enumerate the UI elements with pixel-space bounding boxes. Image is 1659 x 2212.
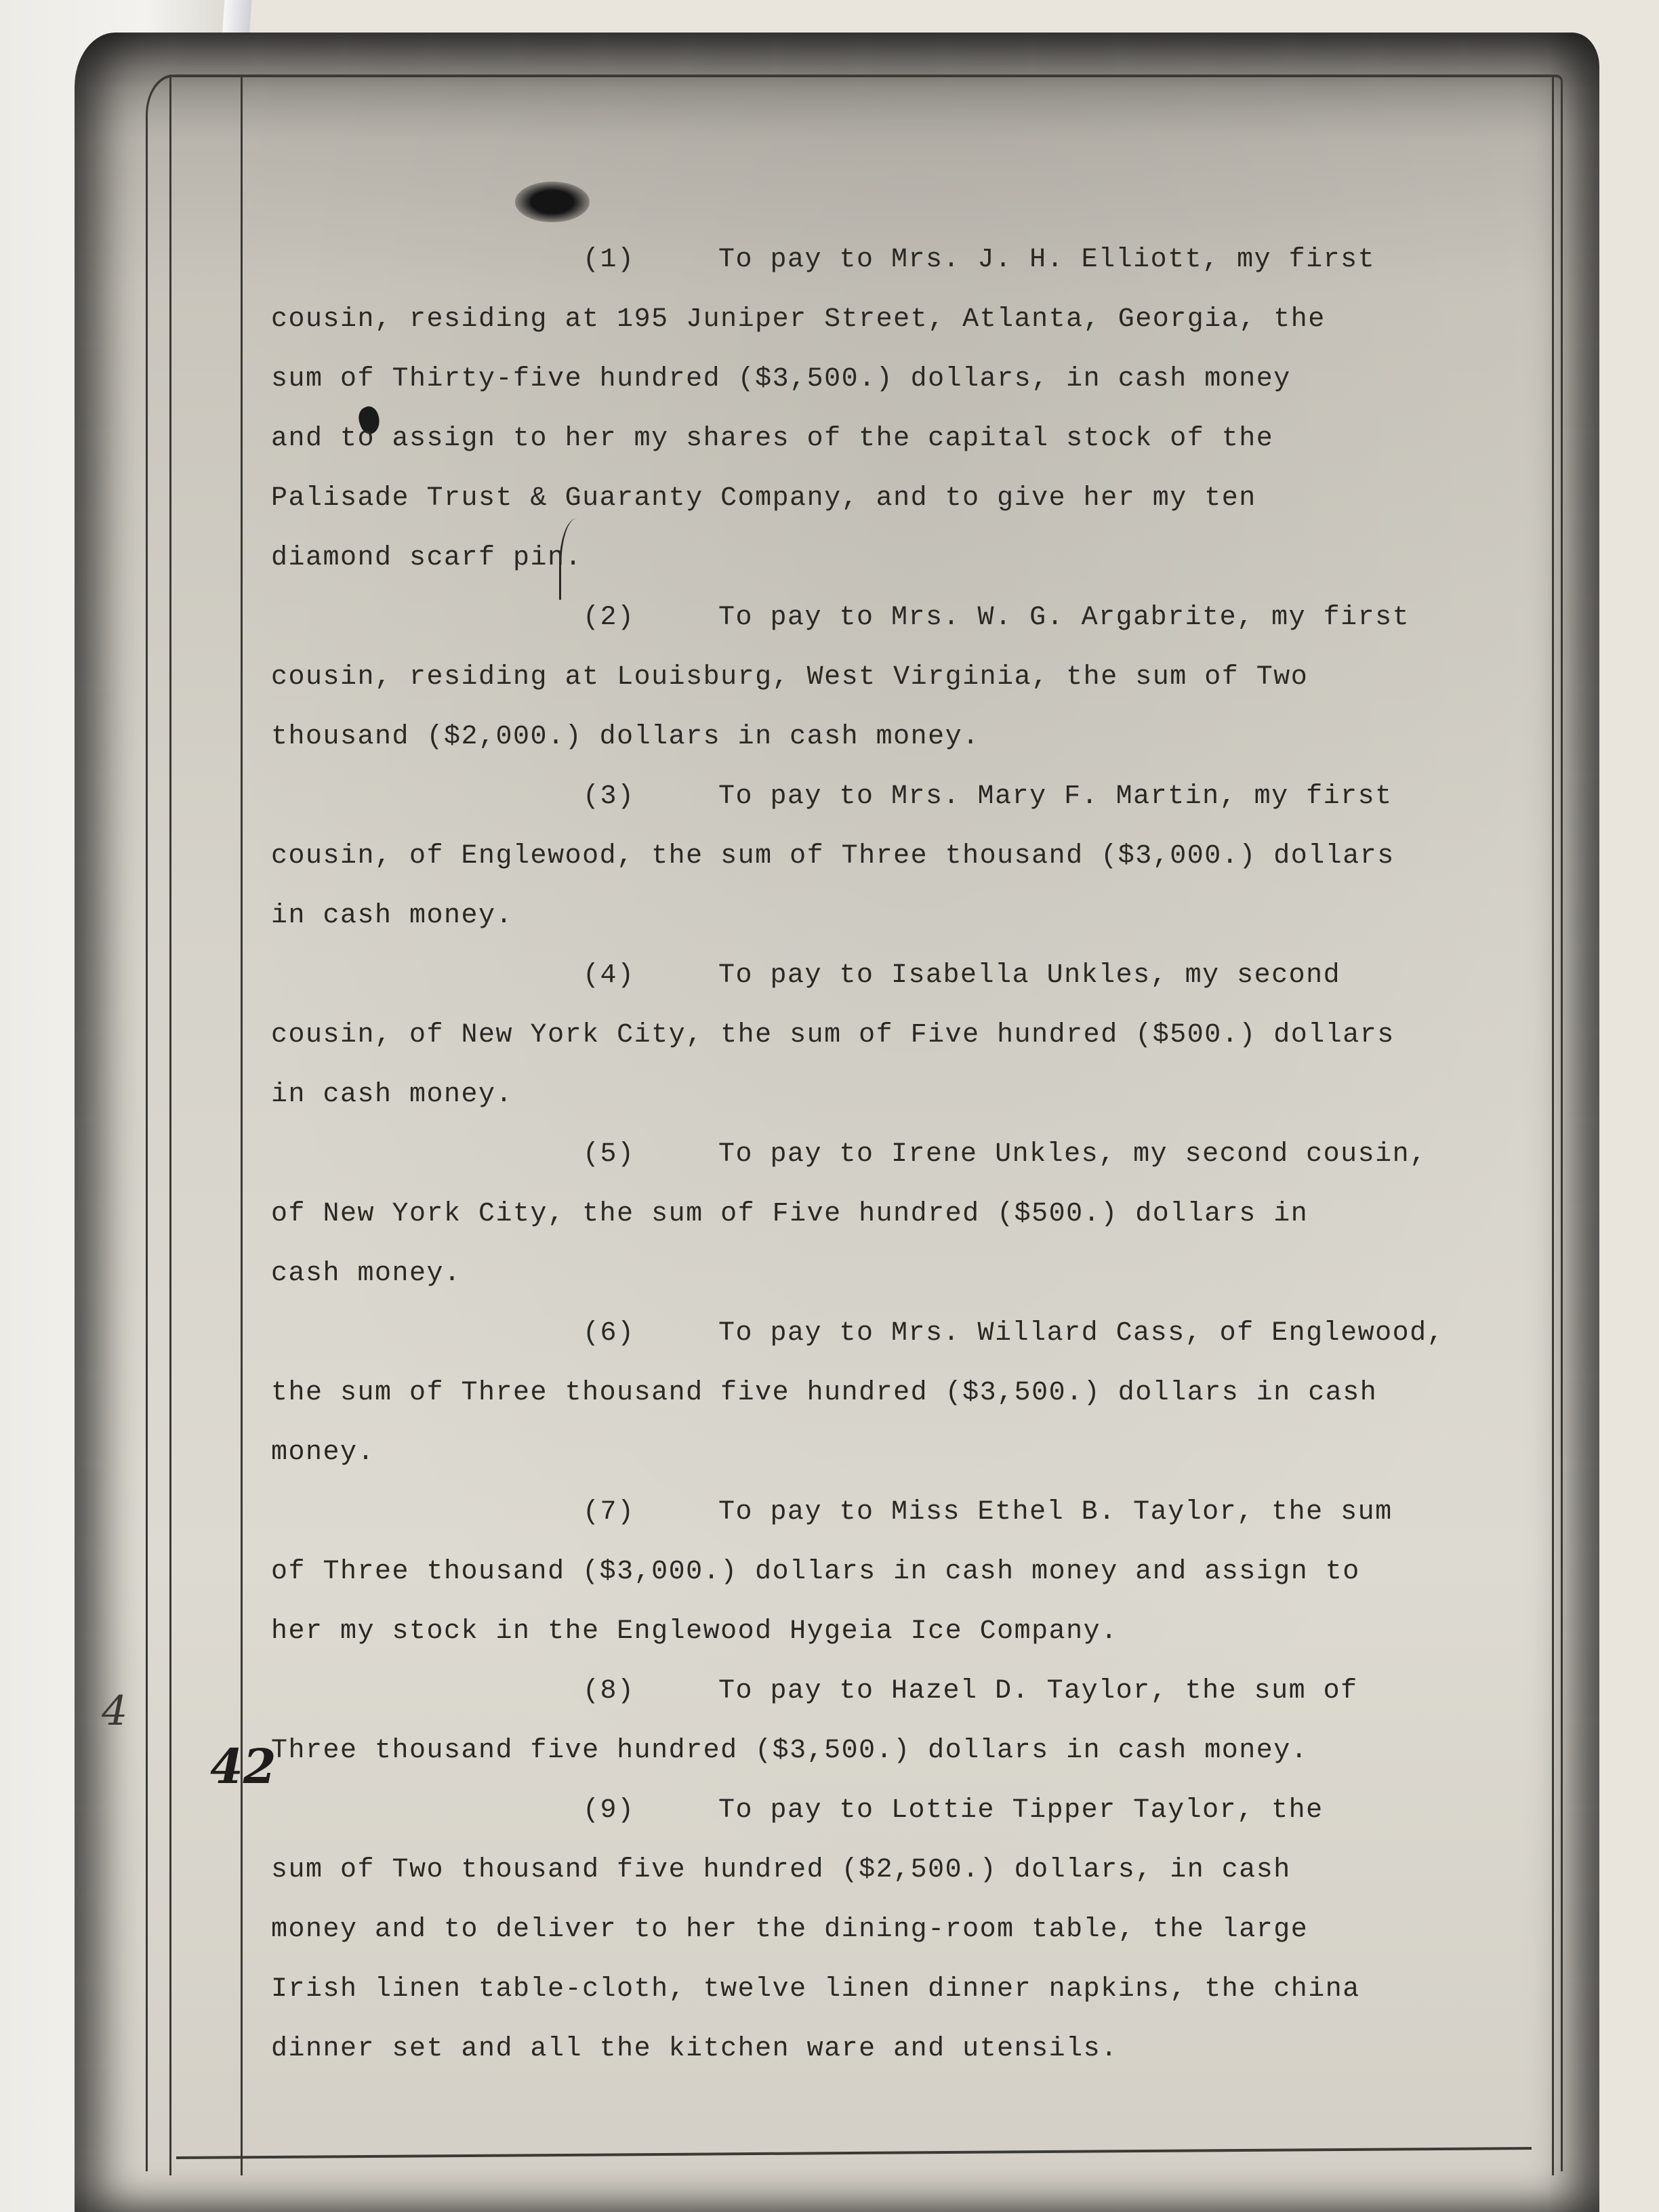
clause-6: (6)To pay to Mrs. Willard Cass, of Engle… <box>271 1304 1491 1483</box>
clause-line: money and to deliver to her the dining-r… <box>271 1900 1491 1960</box>
clause-line: money. <box>271 1423 1491 1483</box>
clause-line: cousin, of New York City, the sum of Fiv… <box>271 1006 1491 1065</box>
clause-text: To pay to Lottie Tipper Taylor, the <box>718 1795 1324 1826</box>
clause-lead-line: (7)To pay to Miss Ethel B. Taylor, the s… <box>271 1483 1491 1542</box>
clause-text: To pay to Mrs. Mary F. Martin, my first <box>718 781 1393 812</box>
clause-number: (3) <box>583 767 718 827</box>
clause-line: cousin, residing at Louisburg, West Virg… <box>271 648 1491 708</box>
clause-text: To pay to Miss Ethel B. Taylor, the sum <box>718 1497 1393 1528</box>
clause-line: sum of Thirty-five hundred ($3,500.) dol… <box>271 350 1491 409</box>
clause-5: (5)To pay to Irene Unkles, my second cou… <box>271 1125 1491 1304</box>
left-margin-rule-inner <box>241 75 243 2175</box>
clause-text: To pay to Mrs. Willard Cass, of Englewoo… <box>718 1318 1444 1349</box>
clause-lead-line: (6)To pay to Mrs. Willard Cass, of Engle… <box>271 1304 1491 1364</box>
clause-2: (2)To pay to Mrs. W. G. Argabrite, my fi… <box>271 588 1491 767</box>
clause-8: (8)To pay to Hazel D. Taylor, the sum of… <box>271 1662 1491 1781</box>
clause-line: Palisade Trust & Guaranty Company, and t… <box>271 469 1491 529</box>
clause-4: (4)To pay to Isabella Unkles, my secondc… <box>271 946 1491 1125</box>
clause-line: Three thousand five hundred ($3,500.) do… <box>271 1721 1491 1781</box>
clause-line: sum of Two thousand five hundred ($2,500… <box>271 1841 1491 1900</box>
clause-lead-line: (9)To pay to Lottie Tipper Taylor, the <box>271 1781 1491 1841</box>
clause-line: Irish linen table-cloth, twelve linen di… <box>271 1960 1491 2020</box>
clause-line: her my stock in the Englewood Hygeia Ice… <box>271 1602 1491 1662</box>
margin-mark: 4 <box>102 1687 127 1735</box>
clause-3: (3)To pay to Mrs. Mary F. Martin, my fir… <box>271 767 1491 946</box>
clause-line: of Three thousand ($3,000.) dollars in c… <box>271 1542 1491 1602</box>
ink-blot <box>515 182 590 222</box>
clause-line: thousand ($2,000.) dollars in cash money… <box>271 708 1491 767</box>
clause-lead-line: (1)To pay to Mrs. J. H. Elliott, my firs… <box>271 230 1491 290</box>
clause-number: (8) <box>583 1662 718 1721</box>
clause-text: To pay to Mrs. J. H. Elliott, my first <box>718 245 1375 275</box>
clause-line: and to assign to her my shares of the ca… <box>271 409 1491 469</box>
clause-1: (1)To pay to Mrs. J. H. Elliott, my firs… <box>271 230 1491 588</box>
clause-line: cousin, residing at 195 Juniper Street, … <box>271 290 1491 350</box>
clause-line: the sum of Three thousand five hundred (… <box>271 1364 1491 1423</box>
clause-line: diamond scarf pin. <box>271 529 1491 588</box>
clause-text: To pay to Hazel D. Taylor, the sum of <box>718 1676 1358 1706</box>
clause-number: (6) <box>583 1304 718 1364</box>
clause-lead-line: (8)To pay to Hazel D. Taylor, the sum of <box>271 1662 1491 1721</box>
clause-line: cousin, of Englewood, the sum of Three t… <box>271 827 1491 886</box>
clause-text: To pay to Irene Unkles, my second cousin… <box>718 1139 1427 1170</box>
clause-text: To pay to Isabella Unkles, my second <box>718 960 1340 991</box>
clause-lead-line: (4)To pay to Isabella Unkles, my second <box>271 946 1491 1006</box>
will-text-body: (1)To pay to Mrs. J. H. Elliott, my firs… <box>271 230 1491 2079</box>
clause-line: of New York City, the sum of Five hundre… <box>271 1185 1491 1244</box>
clause-line: dinner set and all the kitchen ware and … <box>271 2020 1491 2079</box>
left-margin-rule-outer <box>169 75 171 2175</box>
clause-line: cash money. <box>271 1244 1491 1304</box>
clause-text: To pay to Mrs. W. G. Argabrite, my first <box>718 602 1410 633</box>
clause-number: (5) <box>583 1125 718 1185</box>
right-margin-rule <box>1552 75 1554 2175</box>
clause-line: in cash money. <box>271 1065 1491 1125</box>
clause-number: (4) <box>583 946 718 1006</box>
clause-lead-line: (3)To pay to Mrs. Mary F. Martin, my fir… <box>271 767 1491 827</box>
clause-7: (7)To pay to Miss Ethel B. Taylor, the s… <box>271 1483 1491 1662</box>
clause-number: (1) <box>583 230 718 290</box>
clause-9: (9)To pay to Lottie Tipper Taylor, thesu… <box>271 1781 1491 2079</box>
clause-number: (2) <box>583 588 718 648</box>
clause-number: (7) <box>583 1483 718 1542</box>
margin-annotation-number: 42 <box>210 1738 276 1795</box>
clause-lead-line: (2)To pay to Mrs. W. G. Argabrite, my fi… <box>271 588 1491 648</box>
clause-line: in cash money. <box>271 886 1491 946</box>
clause-lead-line: (5)To pay to Irene Unkles, my second cou… <box>271 1125 1491 1185</box>
clause-number: (9) <box>583 1781 718 1841</box>
